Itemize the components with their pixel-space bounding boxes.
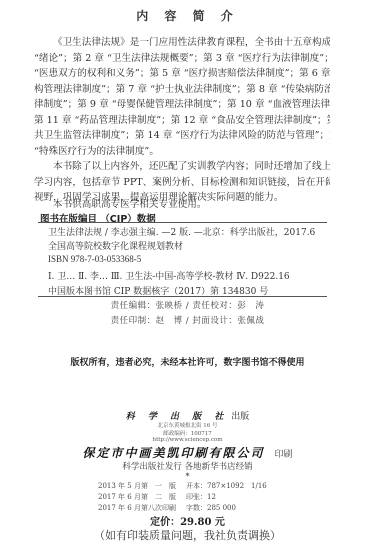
printer-line: 保定市中画美凯印刷有限公司印刷 — [0, 444, 375, 461]
edition-spec: 字数：285 000 — [186, 504, 236, 512]
credits-line-1: 责任编辑：张映桥 / 责任校对：彭 涛 — [0, 299, 375, 311]
publisher-address: 北京东黄城根北街 16 号 — [0, 421, 375, 429]
edition-row: 2017 年 6 月第八次印刷字数：285 000 — [98, 503, 236, 513]
cip-line: 卫生法律法规 / 李志强主编. —2 版. —北京：科学出版社，2017.6 — [48, 225, 315, 238]
printer-suffix: 印刷 — [275, 450, 293, 460]
publisher-website: http://www.sciencep.com — [0, 437, 375, 443]
edition-date: 2017 年 6 月第 二 版 — [98, 492, 186, 502]
edition-row: 2013 年 5 月第 一 版开本：787×1092 1/16 — [98, 481, 267, 491]
cip-line: 全国高等院校数字化课程规划教材 — [48, 239, 183, 252]
intro-line: 律制度”；第 9 章 “母婴保健管理法律制度”；第 10 章 “血液管理法律制度… — [34, 97, 330, 113]
intro-line: 《卫生法律法规》是一门应用性法律教育课程，全书由十五章构成。第 1 章 — [34, 35, 330, 51]
credits-line-2: 责任印制：赵 博 / 封面设计：张佩战 — [0, 314, 375, 326]
cip-top-rule — [38, 222, 327, 223]
intro-line: 构管理法律制度”；第 7 章 “护士执业法律制度”；第 8 章 “传染病防治管理… — [34, 82, 330, 98]
publisher-postcode: 邮政编码：100717 — [0, 429, 375, 437]
edition-date: 2013 年 5 月第 一 版 — [98, 481, 186, 491]
price: 定价：29.80 元 — [0, 513, 375, 528]
intro-line: 第 11 章 “药品管理法律制度”；第 12 章 “食品安全管理法律制度”；第 … — [34, 113, 330, 129]
edition-spec: 开本：787×1092 1/16 — [186, 482, 267, 490]
intro-line: “医患双方的权利和义务”；第 5 章 “医疗损害赔偿法律制度”；第 6 章 “医… — [34, 66, 330, 82]
intro-para2-line: 本书除了以上内容外，还匹配了实训教学内容；同时还增加了线上“爱医课” — [34, 159, 330, 175]
copyright-notice: 版权所有，违者必究，未经本社许可，数字图书馆不得使用 — [0, 355, 375, 368]
distribution-line: 科学出版社发行 各地新华书店经销 — [0, 460, 375, 472]
intro-line: 共卫生监管法律制度”；第 14 章 “医疗行为法律风险的防范与管理”；第 15 … — [34, 128, 330, 144]
edition-date: 2017 年 6 月第八次印刷 — [98, 503, 186, 513]
intro-line: “特殊医疗行为的法律制度”。 — [34, 144, 330, 160]
quality-note: （如有印装质量问题，我社负责调换） — [0, 527, 375, 543]
separator-mark: * — [0, 472, 375, 481]
intro-line: “绪论”；第 2 章 “卫生法律法规概要”；第 3 章 “医疗行为法律制度”；第… — [34, 51, 330, 67]
printer-name: 保定市中画美凯印刷有限公司 — [82, 446, 264, 460]
edition-row: 2017 年 6 月第 二 版印张：12 — [98, 492, 216, 502]
edition-spec: 印张：12 — [186, 493, 216, 501]
page-title: 内 容 简 介 — [0, 7, 375, 24]
cip-line: Ⅰ. 卫… Ⅱ. 李… Ⅲ. 卫生法-中国-高等学校-教材 Ⅳ. D922.16 — [48, 269, 290, 282]
cip-isbn: ISBN 978-7-03-053368-5 — [48, 254, 141, 264]
intro-para2-line: 学习内容，包括章节 PPT、案例分析、目标检测和知识链接，旨在开阔学生的 — [34, 175, 330, 191]
cip-bottom-rule — [38, 296, 327, 297]
